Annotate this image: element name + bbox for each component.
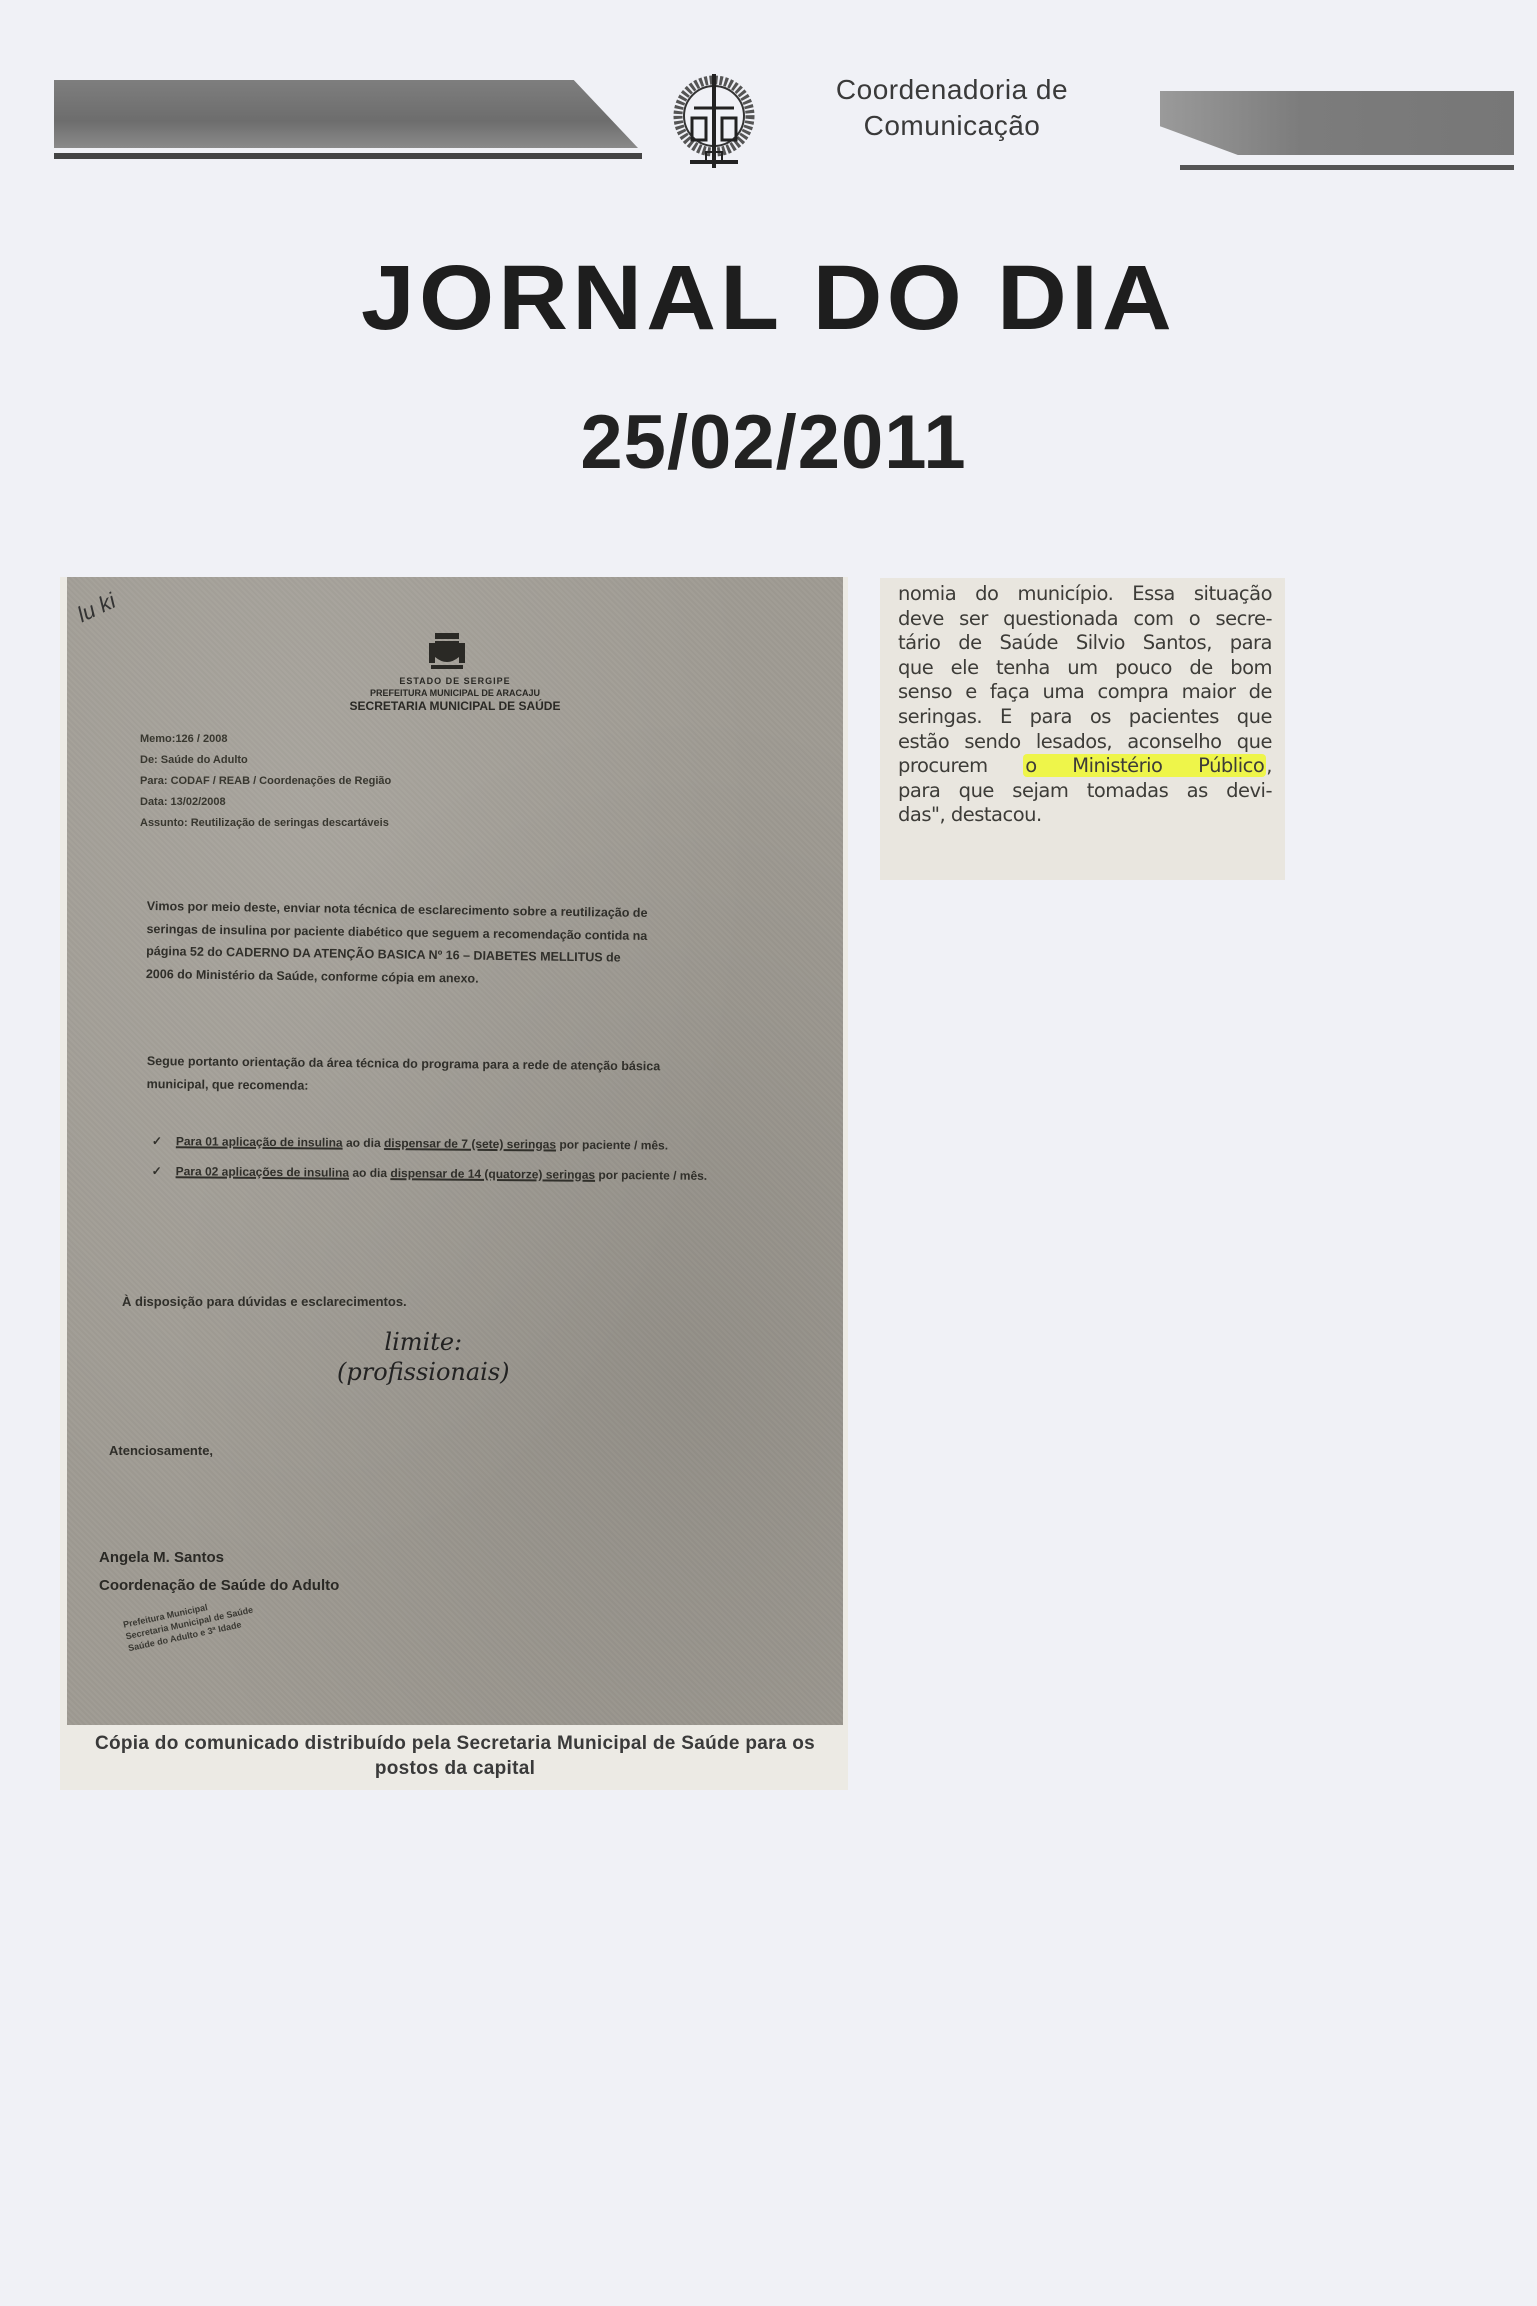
article-line: que ele tenha um pouco de bom [898, 656, 1272, 681]
highlighted-phrase: o Ministério Público [1023, 754, 1266, 777]
handwritten-line: (profissionais) [337, 1357, 510, 1387]
newspaper-title: JORNAL DO DIA [0, 248, 1537, 348]
municipal-crest-icon [427, 629, 467, 671]
memo-header: Memo:126 / 2008 De: Saúde do Adulto Para… [140, 729, 391, 834]
article-line: das", destacou. [898, 803, 1272, 828]
article-line: seringas. E para os pacientes que [898, 705, 1272, 730]
article-line-highlighted: procurem o Ministério Público, [898, 754, 1272, 779]
recommendation-text: Para 02 aplicações de insulina ao dia di… [176, 1160, 708, 1187]
coat-of-arms-icon [664, 66, 764, 176]
header-rule-left [54, 153, 642, 159]
checkmark-icon: ✓ [152, 1130, 176, 1152]
signer-role: Coordenação de Saúde do Adulto [99, 1572, 339, 1600]
checkmark-icon: ✓ [152, 1160, 176, 1182]
recommendation-list: ✓ Para 01 aplicação de insulina ao dia d… [151, 1130, 811, 1196]
header-band-right [1160, 91, 1514, 155]
header-band-left [54, 80, 638, 148]
article-line: estão sendo lesados, aconselho que [898, 730, 1272, 755]
article-clipping: nomia do município. Essa situação deve s… [880, 578, 1285, 880]
memo-photo: lu ki ESTADO DE SERGIPE PREFEITURA MUNIC… [67, 577, 843, 1725]
memo-to: Para: CODAF / REAB / Coordenações de Reg… [140, 771, 391, 792]
memo-date: Data: 13/02/2008 [140, 792, 391, 813]
salutation: Atenciosamente, [109, 1443, 213, 1458]
recommendation-item: ✓ Para 01 aplicação de insulina ao dia d… [152, 1130, 812, 1158]
memo-paragraph-2: Segue portanto orientação da área técnic… [147, 1050, 797, 1102]
department-line-1: Coordenadoria de [812, 72, 1092, 108]
article-line: tário de Saúde Silvio Santos, para [898, 631, 1272, 656]
letterhead-prefecture: PREFEITURA MUNICIPAL DE ARACAJU [67, 687, 843, 699]
memo-number: Memo:126 / 2008 [140, 729, 391, 750]
department-name: Coordenadoria de Comunicação [812, 72, 1092, 144]
memo-paragraph-1: Vimos por meio deste, enviar nota técnic… [146, 895, 797, 994]
photo-clipping: lu ki ESTADO DE SERGIPE PREFEITURA MUNIC… [60, 577, 848, 1790]
memo-subject: Assunto: Reutilização de seringas descar… [140, 813, 391, 834]
official-stamp: Prefeitura Municipal Secretaria Municipa… [122, 1592, 257, 1654]
signer-name: Angela M. Santos [99, 1544, 339, 1572]
department-line-2: Comunicação [812, 108, 1092, 144]
recommendation-item: ✓ Para 02 aplicações de insulina ao dia … [152, 1160, 812, 1188]
publication-date: 25/02/2011 [0, 400, 1537, 486]
letterhead-state: ESTADO DE SERGIPE [67, 675, 843, 687]
letterhead-secretariat: SECRETARIA MUNICIPAL DE SAÚDE [67, 699, 843, 714]
article-line: nomia do município. Essa situação [898, 582, 1272, 607]
recommendation-text: Para 01 aplicação de insulina ao dia dis… [176, 1130, 668, 1156]
photo-caption: Cópia do comunicado distribuído pela Sec… [67, 1725, 843, 1787]
closing-note: À disposição para dúvidas e esclarecimen… [122, 1294, 407, 1309]
handwritten-annotation: limite: (profissionais) [337, 1327, 510, 1387]
article-line: senso e faça uma compra maior de [898, 680, 1272, 705]
handwritten-line: limite: [337, 1327, 510, 1357]
signature-block: Angela M. Santos Coordenação de Saúde do… [99, 1544, 339, 1600]
article-line: deve ser questionada com o secre- [898, 607, 1272, 632]
header-rule-right [1180, 165, 1514, 170]
article-text: nomia do município. Essa situação deve s… [898, 582, 1272, 828]
article-line: para que sejam tomadas as devi- [898, 779, 1272, 804]
memo-from: De: Saúde do Adulto [140, 750, 391, 771]
margin-scribble: lu ki [73, 588, 119, 628]
letterhead: ESTADO DE SERGIPE PREFEITURA MUNICIPAL D… [67, 675, 843, 714]
